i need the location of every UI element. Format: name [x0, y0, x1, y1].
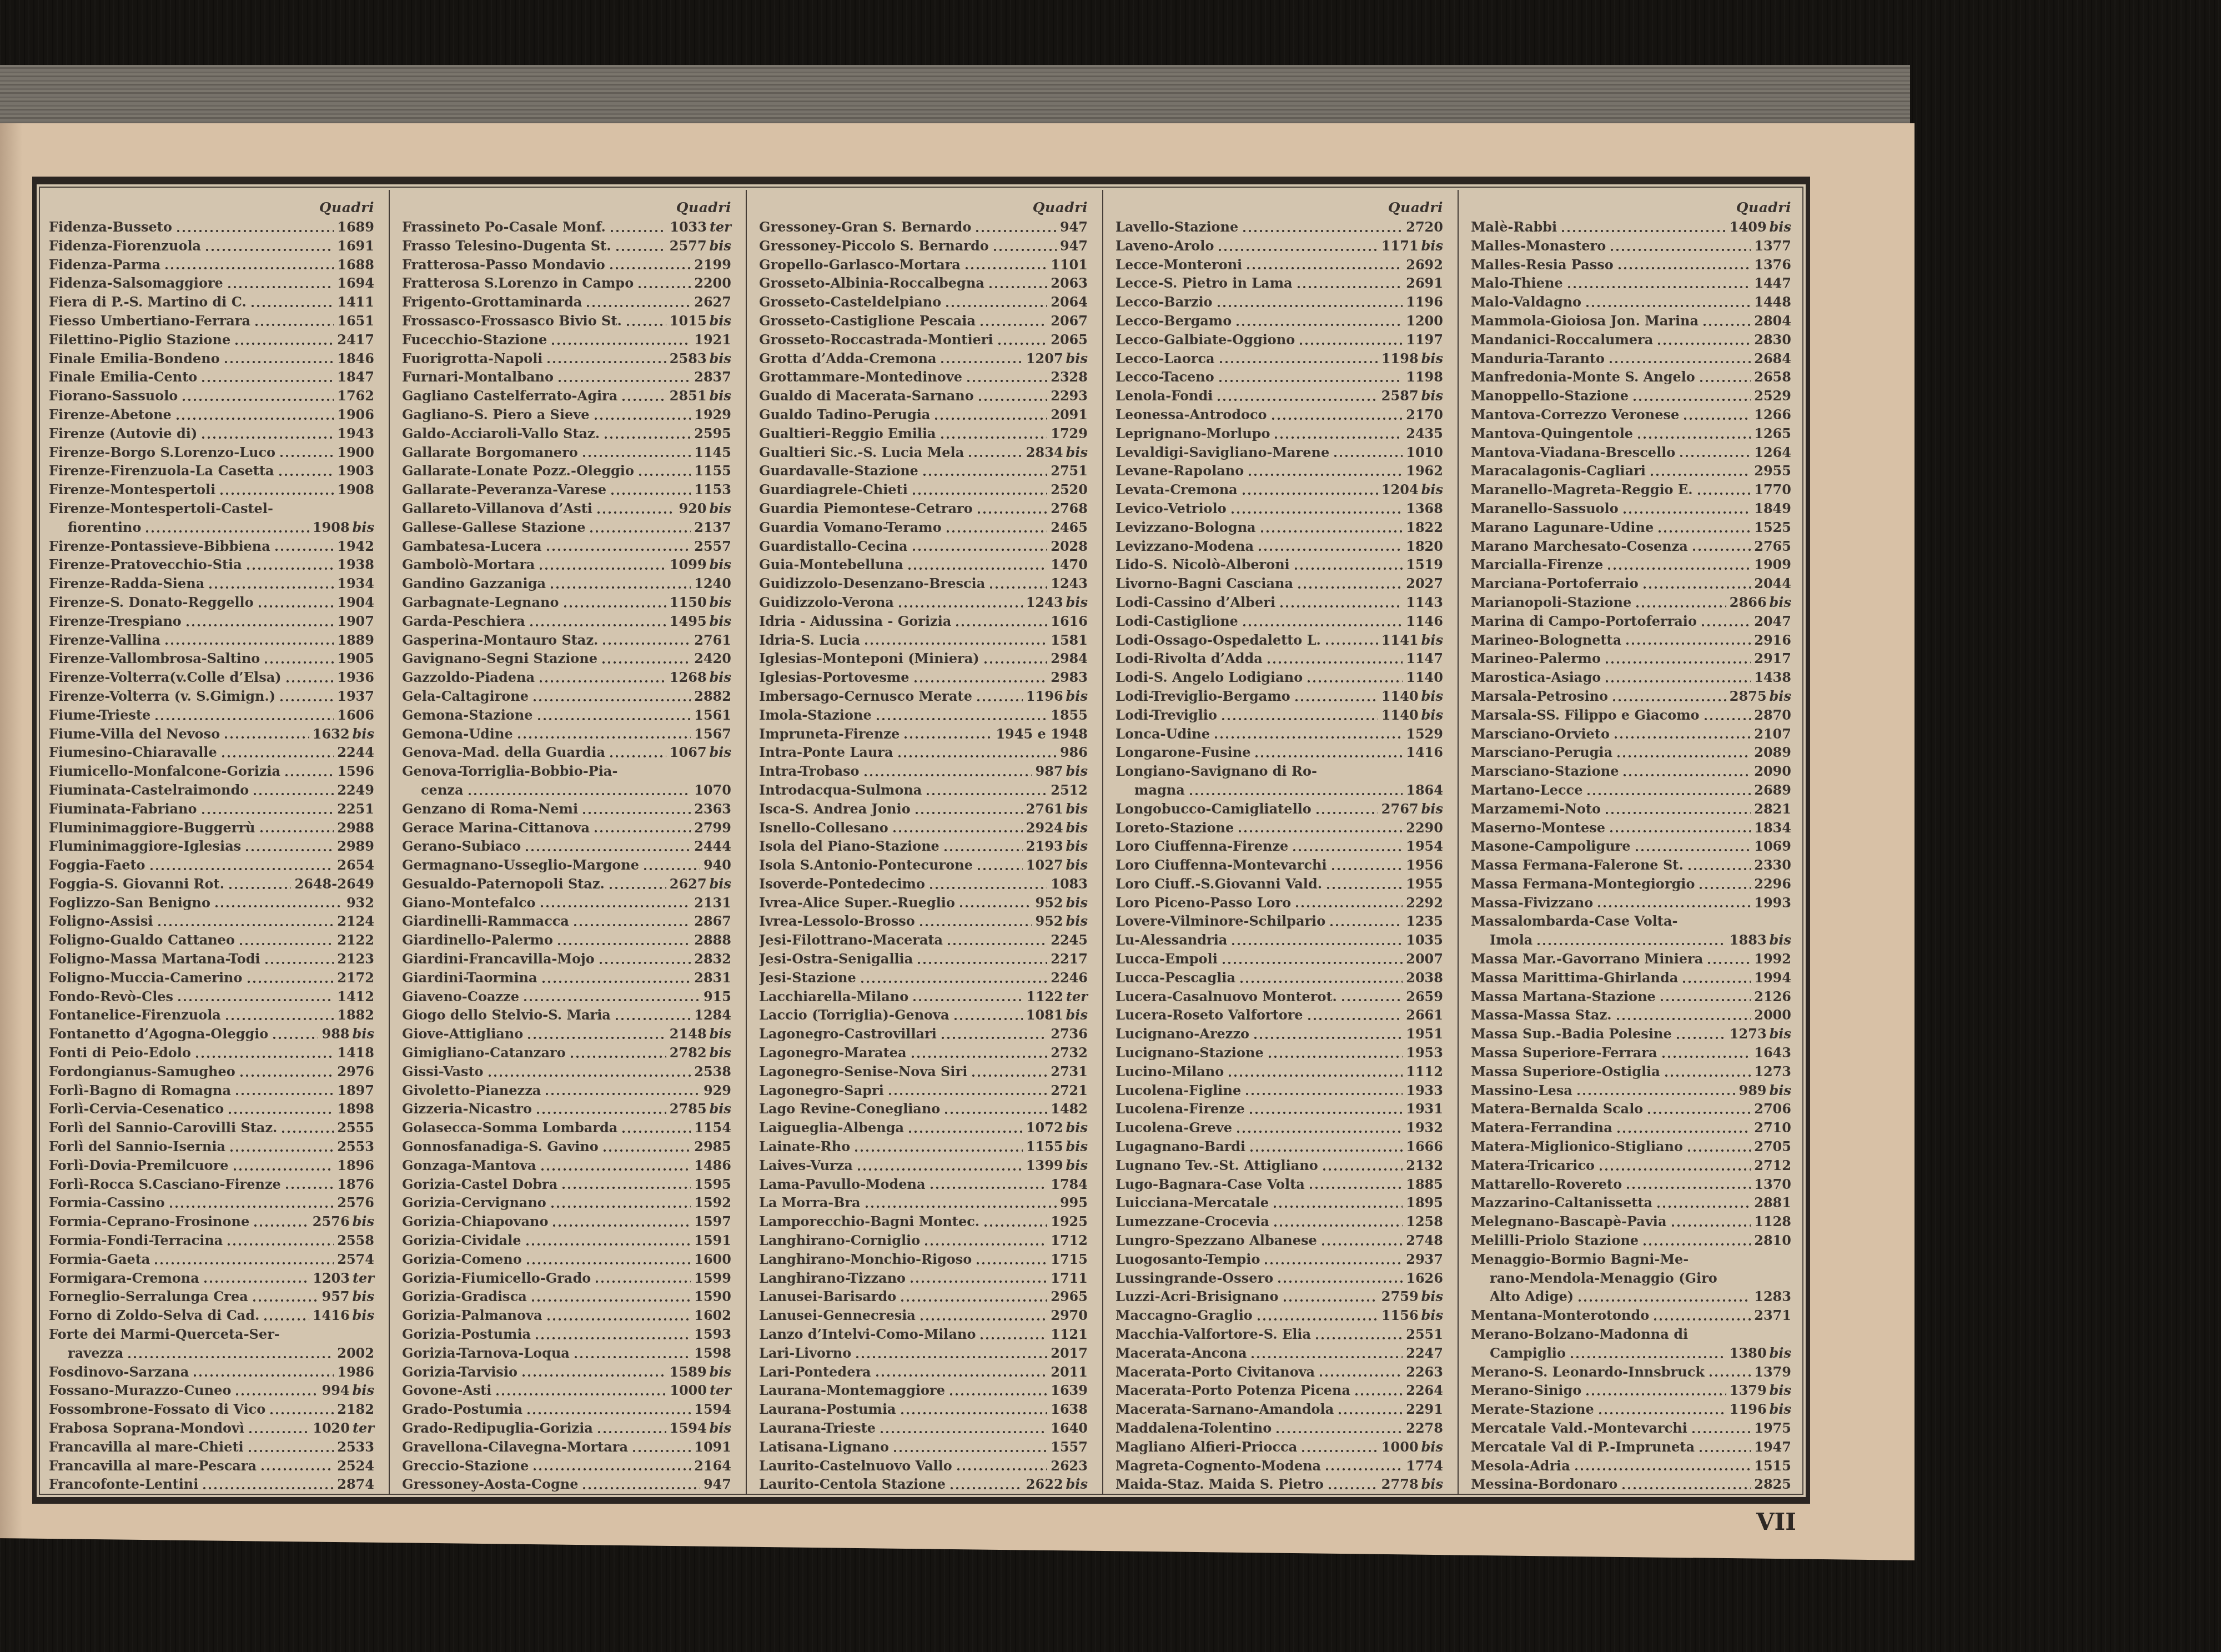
route-name: Gavignano-Segni Stazione [402, 649, 597, 668]
dot-leader [1324, 1465, 1403, 1471]
dot-leader [1248, 1109, 1403, 1114]
dot-leader [239, 1072, 334, 1077]
index-entry: Gambolò-Mortara1099bis [402, 555, 731, 574]
index-entry: Lodi-Castiglione1146 [1115, 612, 1443, 631]
index-entry: Lucignano-Arezzo1951 [1115, 1025, 1443, 1043]
index-entry: Gorizia-Chiapovano1597 [402, 1212, 731, 1231]
route-name: Gallarate-Peveranza-Varese [402, 480, 606, 499]
route-name: Maserno-Montese [1471, 819, 1605, 837]
dot-leader [1606, 565, 1751, 570]
index-entry: Isola S.Antonio-Pontecurone1027bis [759, 856, 1088, 875]
index-entry: Giogo dello Stelvio-S. Maria1284 [402, 1006, 731, 1025]
quadro-suffix: bis [1066, 593, 1088, 612]
index-entry: Gimigliano-Catanzaro2782bis [402, 1043, 731, 1062]
quadro-number: 1418 [337, 1043, 374, 1062]
index-entry: Gissi-Vasto2538 [402, 1062, 731, 1081]
dot-leader [1585, 1390, 1726, 1396]
index-entry: Langhirano-Corniglio1712 [759, 1231, 1088, 1250]
dot-leader [614, 1015, 691, 1021]
quadro-number: 1855 [1051, 706, 1088, 725]
route-name: Lecce-Monteroni [1115, 255, 1242, 274]
dot-leader [269, 1409, 334, 1415]
index-entry: Guardavalle-Stazione2751 [759, 461, 1088, 480]
quadro-number: 1416 [1406, 743, 1443, 762]
index-entry: Matera-Tricarico2712 [1471, 1156, 1791, 1175]
dot-leader [522, 996, 700, 1002]
route-name: Firenze-Borgo S.Lorenzo-Luco [49, 443, 275, 462]
dot-leader [220, 752, 334, 758]
dot-leader [1596, 902, 1751, 908]
quadro-number: 2148 [670, 1025, 707, 1043]
route-name: Guardavalle-Stazione [759, 461, 918, 480]
route-name: Menaggio-Bormio Bagni-Me- [1471, 1250, 1689, 1269]
index-entry: Isnello-Collesano2924bis [759, 819, 1088, 837]
dot-leader [1699, 377, 1751, 383]
index-entry: Gemona-Stazione1561 [402, 706, 731, 725]
quadro-number: 2558 [337, 1231, 374, 1250]
quadro-number: 2246 [1051, 968, 1088, 987]
index-entry: Firenze-Volterra (v. S.Gimign.)1937 [49, 687, 374, 706]
quadro-number: 1416 [313, 1306, 350, 1325]
quadro-number: 2330 [1754, 856, 1791, 875]
index-entry: La Morra-Bra995 [759, 1193, 1088, 1212]
quadro-number: 2067 [1051, 312, 1088, 330]
index-entry-continuation: rano-Mendola-Menaggio (Giro [1471, 1269, 1791, 1288]
route-name: Fontanelice-Firenzuola [49, 1006, 221, 1025]
quadro-number: 2172 [337, 968, 374, 987]
route-name: Gallarate-Lonate Pozz.-Oleggio [402, 461, 634, 480]
quadro-number: 1264 [1754, 443, 1791, 462]
quadro-suffix: bis [1770, 687, 1791, 706]
dot-leader [1296, 283, 1403, 289]
route-name: Germagnano-Usseglio-Margone [402, 856, 639, 875]
quadro-number: 1099 [670, 555, 707, 574]
dot-leader [610, 490, 691, 495]
quadro-number: 2044 [1754, 574, 1791, 593]
route-name: Macerata-Porto Civitanova [1115, 1363, 1315, 1382]
quadro-number: 2875 [1730, 687, 1767, 706]
dot-leader [224, 1015, 334, 1021]
route-name: Lagonegro-Sapri [759, 1081, 884, 1100]
dot-leader [631, 1447, 691, 1453]
dot-leader [1247, 471, 1403, 476]
dot-leader [939, 358, 1022, 364]
dot-leader [1241, 490, 1378, 495]
quadro-suffix: bis [710, 1363, 731, 1382]
quadro-number: 2164 [694, 1457, 731, 1475]
dot-leader [1613, 734, 1751, 739]
route-name: Lu-Alessandria [1115, 931, 1227, 950]
index-entry: Firenze-Vallombrosa-Saltino1905 [49, 649, 374, 668]
dot-leader [238, 940, 334, 946]
quadro-number: 2328 [1051, 368, 1088, 386]
route-name: Lama-Pavullo-Modena [759, 1175, 926, 1194]
route-name: Furnari-Montalbano [402, 368, 554, 386]
route-name: Lari-Livorno [759, 1344, 851, 1363]
quadro-number: 1482 [1051, 1099, 1088, 1118]
quadro-suffix: bis [1421, 1287, 1443, 1306]
dot-leader [1566, 283, 1751, 289]
quadro-number: 2834 [1026, 443, 1063, 462]
route-name: Intra-Trobaso [759, 762, 860, 781]
quadro-number: 1626 [1406, 1269, 1443, 1288]
index-entry: Laccio (Torriglia)-Genova1081bis [759, 1006, 1088, 1025]
dot-leader [913, 677, 1048, 683]
index-entry: Intra-Ponte Laura986 [759, 743, 1088, 762]
index-entry: Mesola-Adria1515 [1471, 1457, 1791, 1475]
quadro-suffix: bis [1066, 349, 1088, 368]
route-name: Marano Lagunare-Udine [1471, 518, 1654, 537]
route-name: Forlì del Sannio-Carovilli Staz. [49, 1118, 277, 1137]
dot-leader [157, 921, 334, 927]
dot-leader [1267, 1053, 1403, 1058]
dot-leader [252, 1297, 319, 1302]
column-header-quadri: Quadri [49, 190, 374, 218]
route-name: Filettino-Piglio Stazione [49, 330, 230, 349]
route-name: Maida-Staz. Maida S. Pietro [1115, 1475, 1324, 1494]
route-name: Lecco-Laorca [1115, 349, 1215, 368]
route-name: Lucolena-Figline [1115, 1081, 1241, 1100]
route-name: Mantova-Correzzo Veronese [1471, 405, 1679, 424]
index-entry: Iglesias-Monteponi (Miniera)2984 [759, 649, 1088, 668]
route-name: Merano-Sinigo [1471, 1381, 1581, 1400]
index-entry: Firenze-Vallina1889 [49, 631, 374, 650]
quadro-number: 1070 [694, 781, 731, 800]
quadro-number: 1000 [1381, 1438, 1419, 1457]
route-name: rano-Mendola-Menaggio (Giro [1490, 1269, 1717, 1288]
dot-leader [573, 1353, 691, 1359]
quadro-number: 2712 [1754, 1156, 1791, 1175]
route-name: Massa Martana-Stazione [1471, 987, 1656, 1006]
quadro-number: 1711 [1051, 1269, 1088, 1288]
quadro-number: 1015 [670, 312, 707, 330]
index-entry: Maserno-Montese1834 [1471, 819, 1791, 837]
index-entry: Lugagnano-Bardi1666 [1115, 1137, 1443, 1156]
dot-leader [625, 321, 666, 327]
quadro-number: 1101 [1051, 255, 1088, 274]
quadro-number: 1907 [337, 612, 374, 631]
quadro-number: 1196 [1730, 1400, 1767, 1419]
dot-leader [144, 528, 309, 533]
index-entry: Gallarate-Peveranza-Varese1153 [402, 480, 731, 499]
quadro-number: 1072 [1026, 1118, 1063, 1137]
index-entry: Garbagnate-Legnano1150bis [402, 593, 731, 612]
index-entry: Fosdinovo-Sarzana1986 [49, 1363, 374, 1382]
quadro-number: 1035 [1406, 931, 1443, 950]
dot-leader [1560, 227, 1726, 233]
quadro-number: 1146 [1406, 612, 1443, 631]
index-entry: Messina-Bordonaro2825 [1471, 1475, 1791, 1494]
index-entry: Govone-Asti1000ter [402, 1381, 731, 1400]
quadro-number: 2983 [1051, 668, 1088, 687]
route-name: Gizzeria-Nicastro [402, 1099, 532, 1118]
index-entry: Loreto-Stazione2290 [1115, 819, 1443, 837]
route-name: Loro Piceno-Passo Loro [1115, 893, 1291, 912]
dot-leader [1687, 865, 1751, 871]
quadro-number: 2363 [694, 800, 731, 819]
route-name: Fidenza-Salsomaggiore [49, 274, 223, 293]
route-name: Fiera di P.-S. Martino di C. [49, 293, 247, 312]
index-entry: Gorizia-Cividale1591 [402, 1231, 731, 1250]
index-entry: Gagliano-S. Piero a Sieve1929 [402, 405, 731, 424]
index-entry: Gemona-Udine1567 [402, 725, 731, 744]
dot-leader [1659, 996, 1751, 1002]
dot-leader [1649, 471, 1751, 476]
quadro-number: 2736 [1051, 1025, 1088, 1043]
column-header-quadri: Quadri [1115, 190, 1443, 218]
index-entry: Malè-Rabbi1409bis [1471, 218, 1791, 237]
dot-leader [1245, 264, 1403, 270]
dot-leader [229, 1147, 334, 1152]
quadro-number: 1638 [1051, 1400, 1088, 1419]
quadro-number: 1083 [1051, 875, 1088, 893]
dot-leader [581, 809, 691, 815]
quadro-number: 1994 [1754, 968, 1791, 987]
dot-leader [911, 490, 1047, 495]
index-entry: Foligno-Gualdo Cattaneo2122 [49, 931, 374, 950]
quadro-suffix: bis [1066, 1137, 1088, 1156]
index-entry-continuation: ravezza2002 [49, 1344, 374, 1363]
dot-leader [976, 509, 1048, 514]
quadro-number: 1599 [694, 1269, 731, 1288]
index-entry: Garda-Peschiera1495bis [402, 612, 731, 631]
dot-leader [550, 340, 691, 345]
route-name: Firenze-Vallina [49, 631, 160, 650]
quadro-number: 1198 [1406, 368, 1443, 386]
route-name: Lodi-Treviglio [1115, 706, 1217, 725]
dot-leader [1237, 827, 1403, 833]
index-entry: Lucca-Pescaglia2038 [1115, 968, 1443, 987]
dot-leader [1615, 1015, 1751, 1021]
index-entry: Idria-S. Lucia1581 [759, 631, 1088, 650]
quadro-number: 1906 [337, 405, 374, 424]
index-entry: Marano Lagunare-Udine1525 [1471, 518, 1791, 537]
route-name: Gagliano Castelferrato-Agira [402, 386, 617, 405]
index-entry: Fiorano-Sassuolo1762 [49, 386, 374, 405]
route-name: Gressoney-Aosta-Cogne [402, 1475, 578, 1494]
index-entry: Galdo-Acciaroli-Vallo Staz.2595 [402, 424, 731, 443]
quadro-number: 1931 [1406, 1099, 1443, 1118]
dot-leader [1656, 1203, 1751, 1208]
dot-leader [1664, 1072, 1751, 1077]
dot-leader [918, 921, 1032, 927]
quadro-number: 1594 [670, 1419, 707, 1438]
index-entry: Malles-Monastero1377 [1471, 237, 1791, 255]
index-entry: Formia-Fondi-Terracina2558 [49, 1231, 374, 1250]
route-name: Lucca-Pescaglia [1115, 968, 1235, 987]
dot-leader [1576, 1090, 1736, 1096]
quadro-number: 1729 [1051, 424, 1088, 443]
route-name: Firenze-Montespertoli [49, 480, 215, 499]
route-name: Gorizia-Castel Dobra [402, 1175, 557, 1194]
route-name: Malè-Rabbi [1471, 218, 1557, 237]
index-entry: Jesi-Ostra-Senigallia2217 [759, 950, 1088, 968]
index-entry: Marostica-Asiago1438 [1471, 668, 1791, 687]
dot-leader [1354, 1390, 1403, 1396]
route-name: Laurito-Centola Stazione [759, 1475, 946, 1494]
quadro-number: 1947 [1754, 1438, 1791, 1457]
route-name: Gazzoldo-Piadena [402, 668, 535, 687]
route-name: Marsciano-Stazione [1471, 762, 1619, 781]
route-name: Lucca-Empoli [1115, 950, 1218, 968]
index-entry: Fiumicello-Monfalcone-Gorizia1596 [49, 762, 374, 781]
dot-leader [1220, 715, 1378, 721]
quadro-number: 2199 [694, 255, 731, 274]
index-entry: Gualtieri-Reggio Emilia1729 [759, 424, 1088, 443]
column-header-quadri: Quadri [1471, 190, 1791, 218]
index-entry: Lecco-Taceno1198 [1115, 368, 1443, 386]
index-entry: Gerano-Subiaco2444 [402, 837, 731, 856]
dot-leader [910, 1053, 1048, 1058]
index-entry: Fidenza-Parma1688 [49, 255, 374, 274]
quadro-number: 1200 [1406, 312, 1443, 330]
dot-leader [284, 1184, 334, 1189]
route-name: Firenze-Abetone [49, 405, 172, 424]
quadro-number: 1897 [337, 1081, 374, 1100]
dot-leader [530, 1297, 691, 1302]
dot-leader [1636, 434, 1751, 439]
route-name: Lungro-Spezzano Albanese [1115, 1231, 1317, 1250]
index-entry: Lodi-S. Angelo Lodigiano1140 [1115, 668, 1443, 687]
dot-leader [1585, 302, 1751, 308]
index-entry: Guardia Vomano-Teramo2465 [759, 518, 1088, 537]
route-name: Giaveno-Coazze [402, 987, 519, 1006]
dot-leader [1218, 377, 1403, 383]
dot-leader [581, 1484, 700, 1490]
route-name: Maccagno-Graglio [1115, 1306, 1253, 1325]
route-name: Matera-Tricarico [1471, 1156, 1595, 1175]
index-entry: Golasecca-Somma Lombarda1154 [402, 1118, 731, 1137]
route-name: Fucecchio-Stazione [402, 330, 547, 349]
dot-leader [1298, 340, 1403, 345]
index-entry: Lecco-Bergamo1200 [1115, 312, 1443, 330]
index-entry: Filettino-Piglio Stazione2417 [49, 330, 374, 349]
quadro-number: 1694 [337, 274, 374, 293]
quadro-number: 1207 [1026, 349, 1063, 368]
dot-leader [1273, 1222, 1403, 1227]
column-rows: Lavello-Stazione2720Laveno-Arolo1171bisL… [1115, 218, 1443, 1494]
quadro-number: 2524 [337, 1457, 374, 1475]
dot-leader [1656, 340, 1751, 345]
dot-leader [975, 1259, 1047, 1265]
dot-leader [909, 1278, 1047, 1283]
route-name: Jesi-Filottrano-Macerata [759, 931, 943, 950]
index-entry: Fossombrone-Fossato di Vico2182 [49, 1400, 374, 1419]
quadro-suffix: bis [1421, 706, 1443, 725]
index-entry: Lacchiarella-Milano1122ter [759, 987, 1088, 1006]
quadro-number: 1448 [1754, 293, 1791, 312]
dot-leader [250, 302, 334, 308]
quadro-number: 2011 [1051, 1363, 1088, 1382]
route-name: Magliano Alfieri-Priocca [1115, 1438, 1297, 1457]
quadro-suffix: bis [1770, 1081, 1791, 1100]
quadro-number: 2804 [1754, 312, 1791, 330]
route-name: Garda-Peschiera [402, 612, 525, 631]
route-name: Firenze-Firenzuola-La Casetta [49, 461, 274, 480]
dot-leader [234, 340, 334, 345]
quadro-number: 1883 [1730, 931, 1767, 950]
quadro-number: 1273 [1754, 1062, 1791, 1081]
quadro-number: 2292 [1406, 893, 1443, 912]
route-name: Malles-Resia Passo [1471, 255, 1614, 274]
quadro-number: 1909 [1754, 555, 1791, 574]
index-entry: Guardistallo-Cecina2028 [759, 537, 1088, 556]
dot-leader [1635, 602, 1726, 608]
dot-leader [279, 696, 334, 702]
dot-leader [1324, 640, 1378, 645]
quadro-number: 1904 [337, 593, 374, 612]
quadro-number: 1380 [1730, 1344, 1767, 1363]
quadro-suffix: bis [1421, 237, 1443, 255]
quadro-number: 1154 [694, 1118, 731, 1137]
quadro-number: 1140 [1381, 706, 1419, 725]
quadro-number: 1921 [694, 330, 731, 349]
route-name: Lagonegro-Senise-Nova Siri [759, 1062, 967, 1081]
index-entry: Formia-Cassino2576 [49, 1193, 374, 1212]
dot-leader [939, 434, 1048, 439]
quadro-number: 929 [704, 1081, 731, 1100]
dot-leader [1333, 452, 1403, 458]
index-column-3: Quadri Gressoney-Gran S. Bernardo947Gres… [746, 190, 1102, 1495]
route-name: Lucignano-Stazione [1115, 1043, 1264, 1062]
index-entry: Fiera di P.-S. Martino di C.1411 [49, 293, 374, 312]
route-name: Lugo-Bagnara-Case Volta [1115, 1175, 1305, 1194]
dot-leader [892, 1447, 1047, 1453]
index-entry: Lecce-S. Pietro in Lama2691 [1115, 274, 1443, 293]
route-name: Marina di Campo-Portoferraio [1471, 612, 1697, 631]
index-entry: Firenze-Montespertoli-Castel- [49, 499, 374, 518]
quadro-number: 2027 [1406, 574, 1443, 593]
route-name: Longobucco-Camigliatello [1115, 800, 1312, 819]
dot-leader [532, 696, 691, 702]
quadro-number: 2278 [1406, 1419, 1443, 1438]
index-entry: Melegnano-Bascapè-Pavia1128 [1471, 1212, 1791, 1231]
index-entry: Germagnano-Usseglio-Margone940 [402, 856, 731, 875]
dot-leader [907, 565, 1048, 570]
quadro-number: 2837 [694, 368, 731, 386]
quadro-number: 2810 [1754, 1231, 1791, 1250]
index-entry: Langhirano-Tizzano1711 [759, 1269, 1088, 1288]
dot-leader [1574, 1465, 1751, 1471]
route-name: Lugnano Tev.-St. Attigliano [1115, 1156, 1318, 1175]
index-entry: Luicciana-Mercatale1895 [1115, 1193, 1443, 1212]
index-entry: Lamporecchio-Bagni Montec.1925 [759, 1212, 1088, 1231]
index-entry: Marineo-Palermo2917 [1471, 649, 1791, 668]
quadro-number: 2882 [694, 687, 731, 706]
route-name: Malo-Valdagno [1471, 293, 1581, 312]
index-entry: Giano-Montefalco2131 [402, 893, 731, 912]
quadro-suffix: bis [1066, 800, 1088, 819]
quadro-number: 2017 [1051, 1344, 1088, 1363]
index-entry: Laigueglia-Albenga1072bis [759, 1118, 1088, 1137]
index-entry: Lecco-Laorca1198bis [1115, 349, 1443, 368]
dot-leader [1308, 1184, 1403, 1189]
index-entry: Laives-Vurza1399bis [759, 1156, 1088, 1175]
index-entry: Isola del Piano-Stazione2193bis [759, 837, 1088, 856]
route-name: Lainate-Rho [759, 1137, 850, 1156]
route-name: Foggia-Faeto [49, 856, 145, 875]
index-entry: Levane-Rapolano1962 [1115, 461, 1443, 480]
index-entry: Forneglio-Serralunga Crea957bis [49, 1287, 374, 1306]
index-entry: Fordongianus-Samugheo2976 [49, 1062, 374, 1081]
index-entry: Gavignano-Segni Stazione2420 [402, 649, 731, 668]
dot-leader [228, 884, 291, 890]
index-entry: Firenze-Montespertoli1908 [49, 480, 374, 499]
quadro-number: 2867 [694, 912, 731, 931]
route-name: ravezza [68, 1344, 123, 1363]
index-entry: Latisana-Lignano1557 [759, 1438, 1088, 1457]
route-name: Marciana-Portoferraio [1471, 574, 1639, 593]
